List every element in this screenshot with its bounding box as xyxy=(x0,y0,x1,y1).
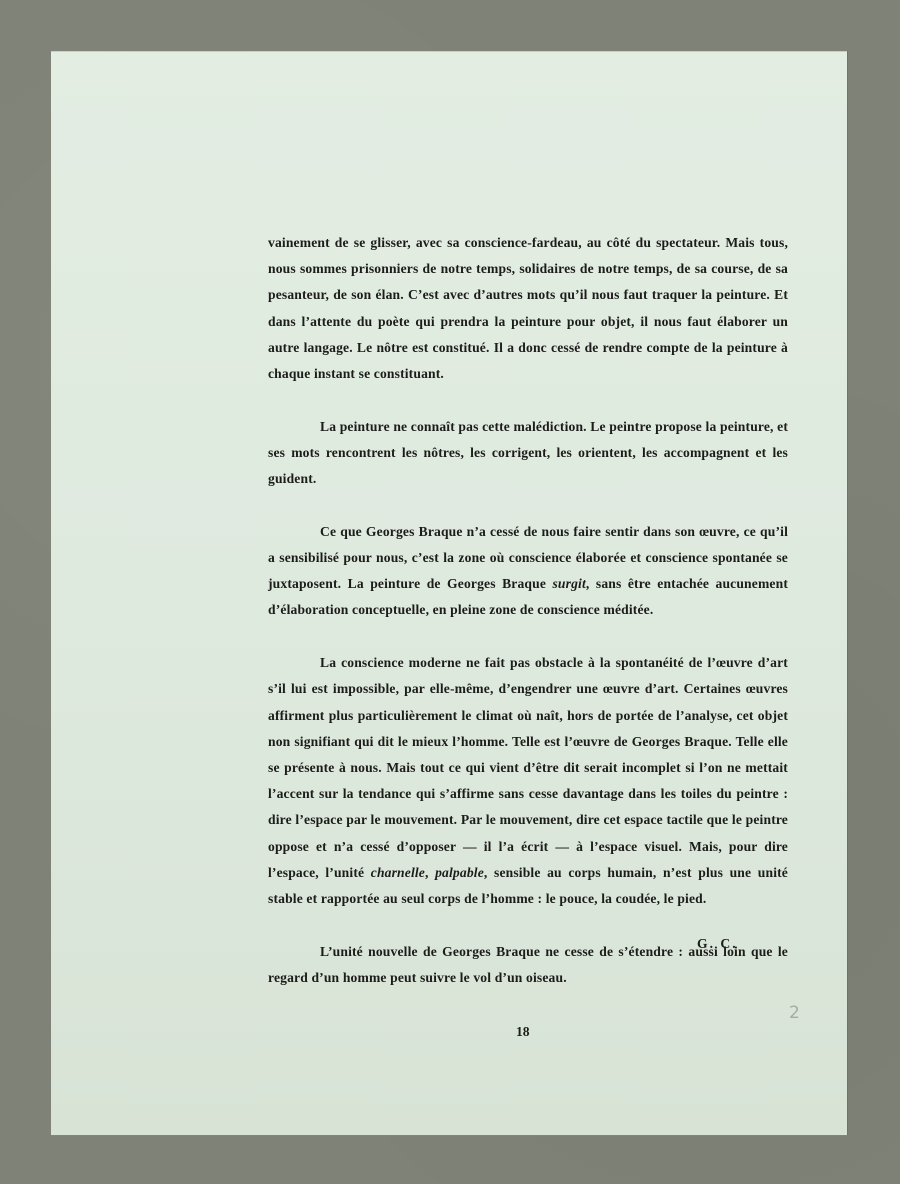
italic-emphasis: surgit xyxy=(552,576,585,591)
pencil-annotation: 2 xyxy=(789,1003,800,1023)
paragraph: Ce que Georges Braque n’a cessé de nous … xyxy=(268,519,788,624)
text-run: La conscience moderne ne fait pas obstac… xyxy=(268,655,788,880)
italic-emphasis: charnelle xyxy=(371,865,425,880)
italic-emphasis: palpable xyxy=(435,865,484,880)
author-initials: G. C. xyxy=(697,936,738,952)
paragraph: La peinture ne connaît pas cette malédic… xyxy=(268,414,788,493)
text-run: vainement de se glisser, avec sa conscie… xyxy=(268,235,788,381)
printed-page: vainement de se glisser, avec sa conscie… xyxy=(51,51,847,1135)
paragraph: vainement de se glisser, avec sa conscie… xyxy=(268,230,788,387)
text-run: La peinture ne connaît pas cette malédic… xyxy=(268,419,788,486)
body-text: vainement de se glisser, avec sa conscie… xyxy=(268,230,788,1018)
text-run: , xyxy=(425,865,435,880)
page-number: 18 xyxy=(516,1024,530,1040)
paragraph: La conscience moderne ne fait pas obstac… xyxy=(268,650,788,912)
